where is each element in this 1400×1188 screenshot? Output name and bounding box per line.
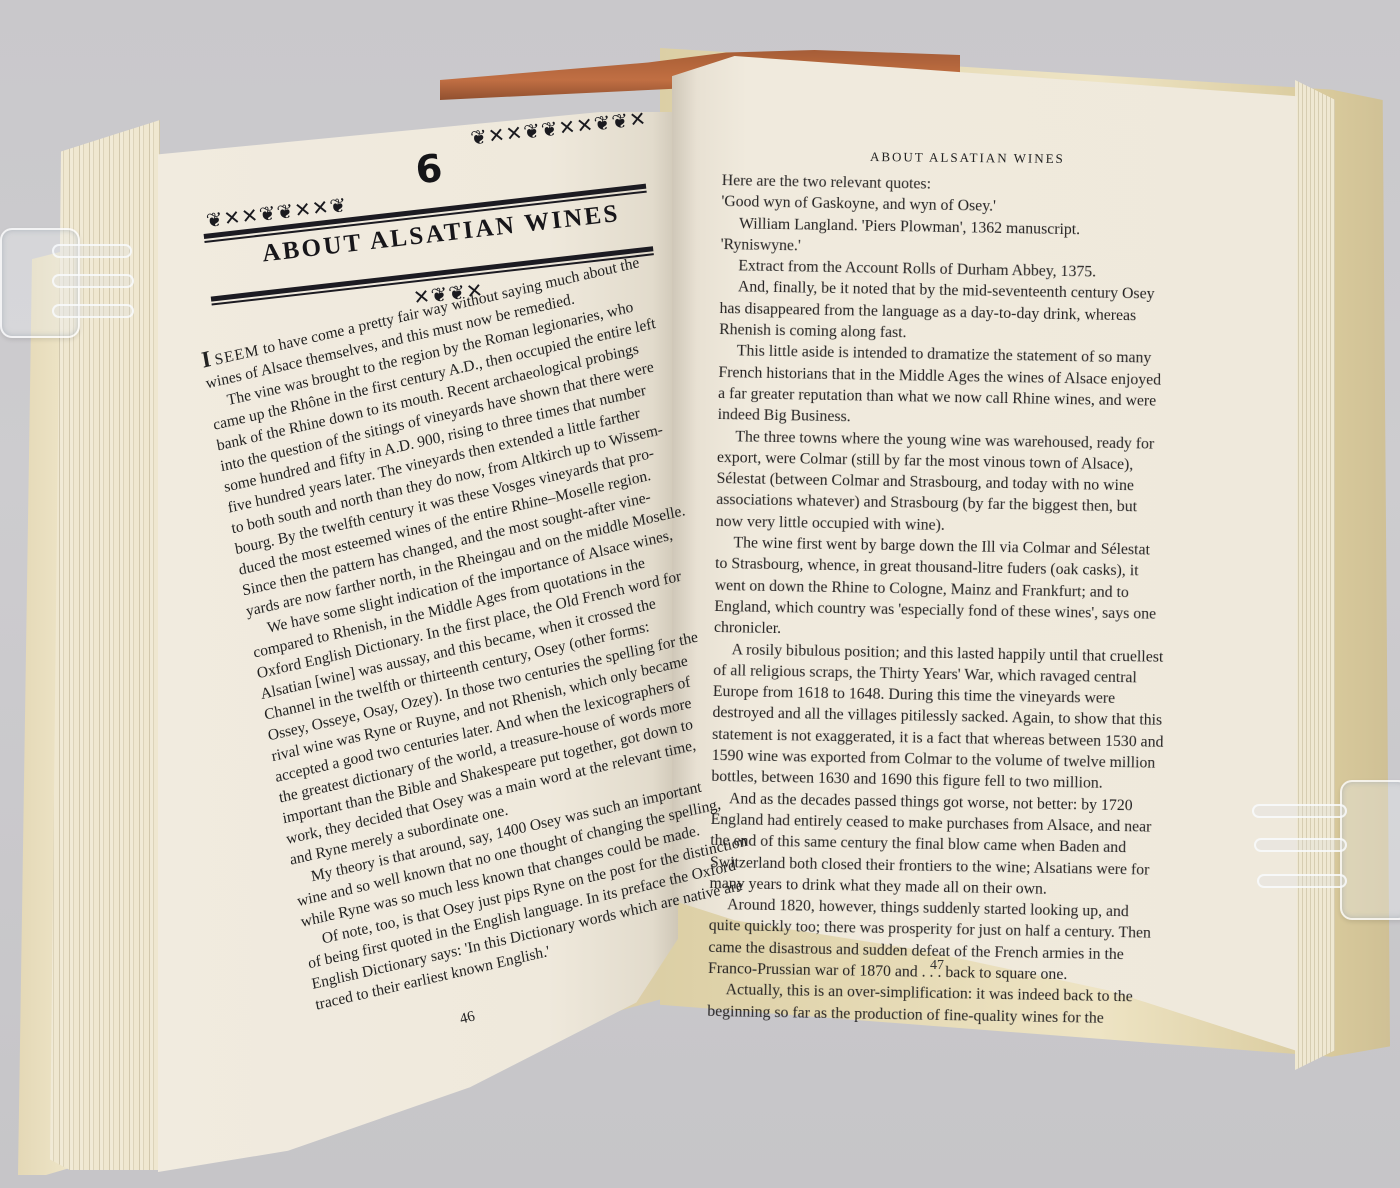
clip-tooth (52, 304, 134, 318)
clip-tooth (52, 244, 132, 258)
clip-tooth (1252, 804, 1347, 818)
photo-scene: ❦✕✕❦❦✕✕❦ 6 ❦✕✕❦❦✕✕❦❦✕ ABOUT ALSATIAN WIN… (0, 0, 1400, 1188)
running-head: ABOUT ALSATIAN WINES (870, 149, 1065, 167)
ornament-right-icon: ❦✕✕❦❦✕✕❦❦✕ (469, 106, 648, 150)
clip-tooth (1254, 838, 1347, 852)
clip-tooth (1257, 874, 1347, 888)
page-block-edges-right (1295, 80, 1335, 1070)
right-page-body-text: Here are the two relevant quotes: 'Good … (707, 170, 1212, 1030)
hair-clip-right-icon (1340, 780, 1400, 920)
chapter-number: 6 (413, 146, 444, 193)
page-number-right: 47 (930, 958, 944, 974)
hair-clip-left-icon (0, 228, 80, 338)
clip-tooth (52, 274, 134, 288)
